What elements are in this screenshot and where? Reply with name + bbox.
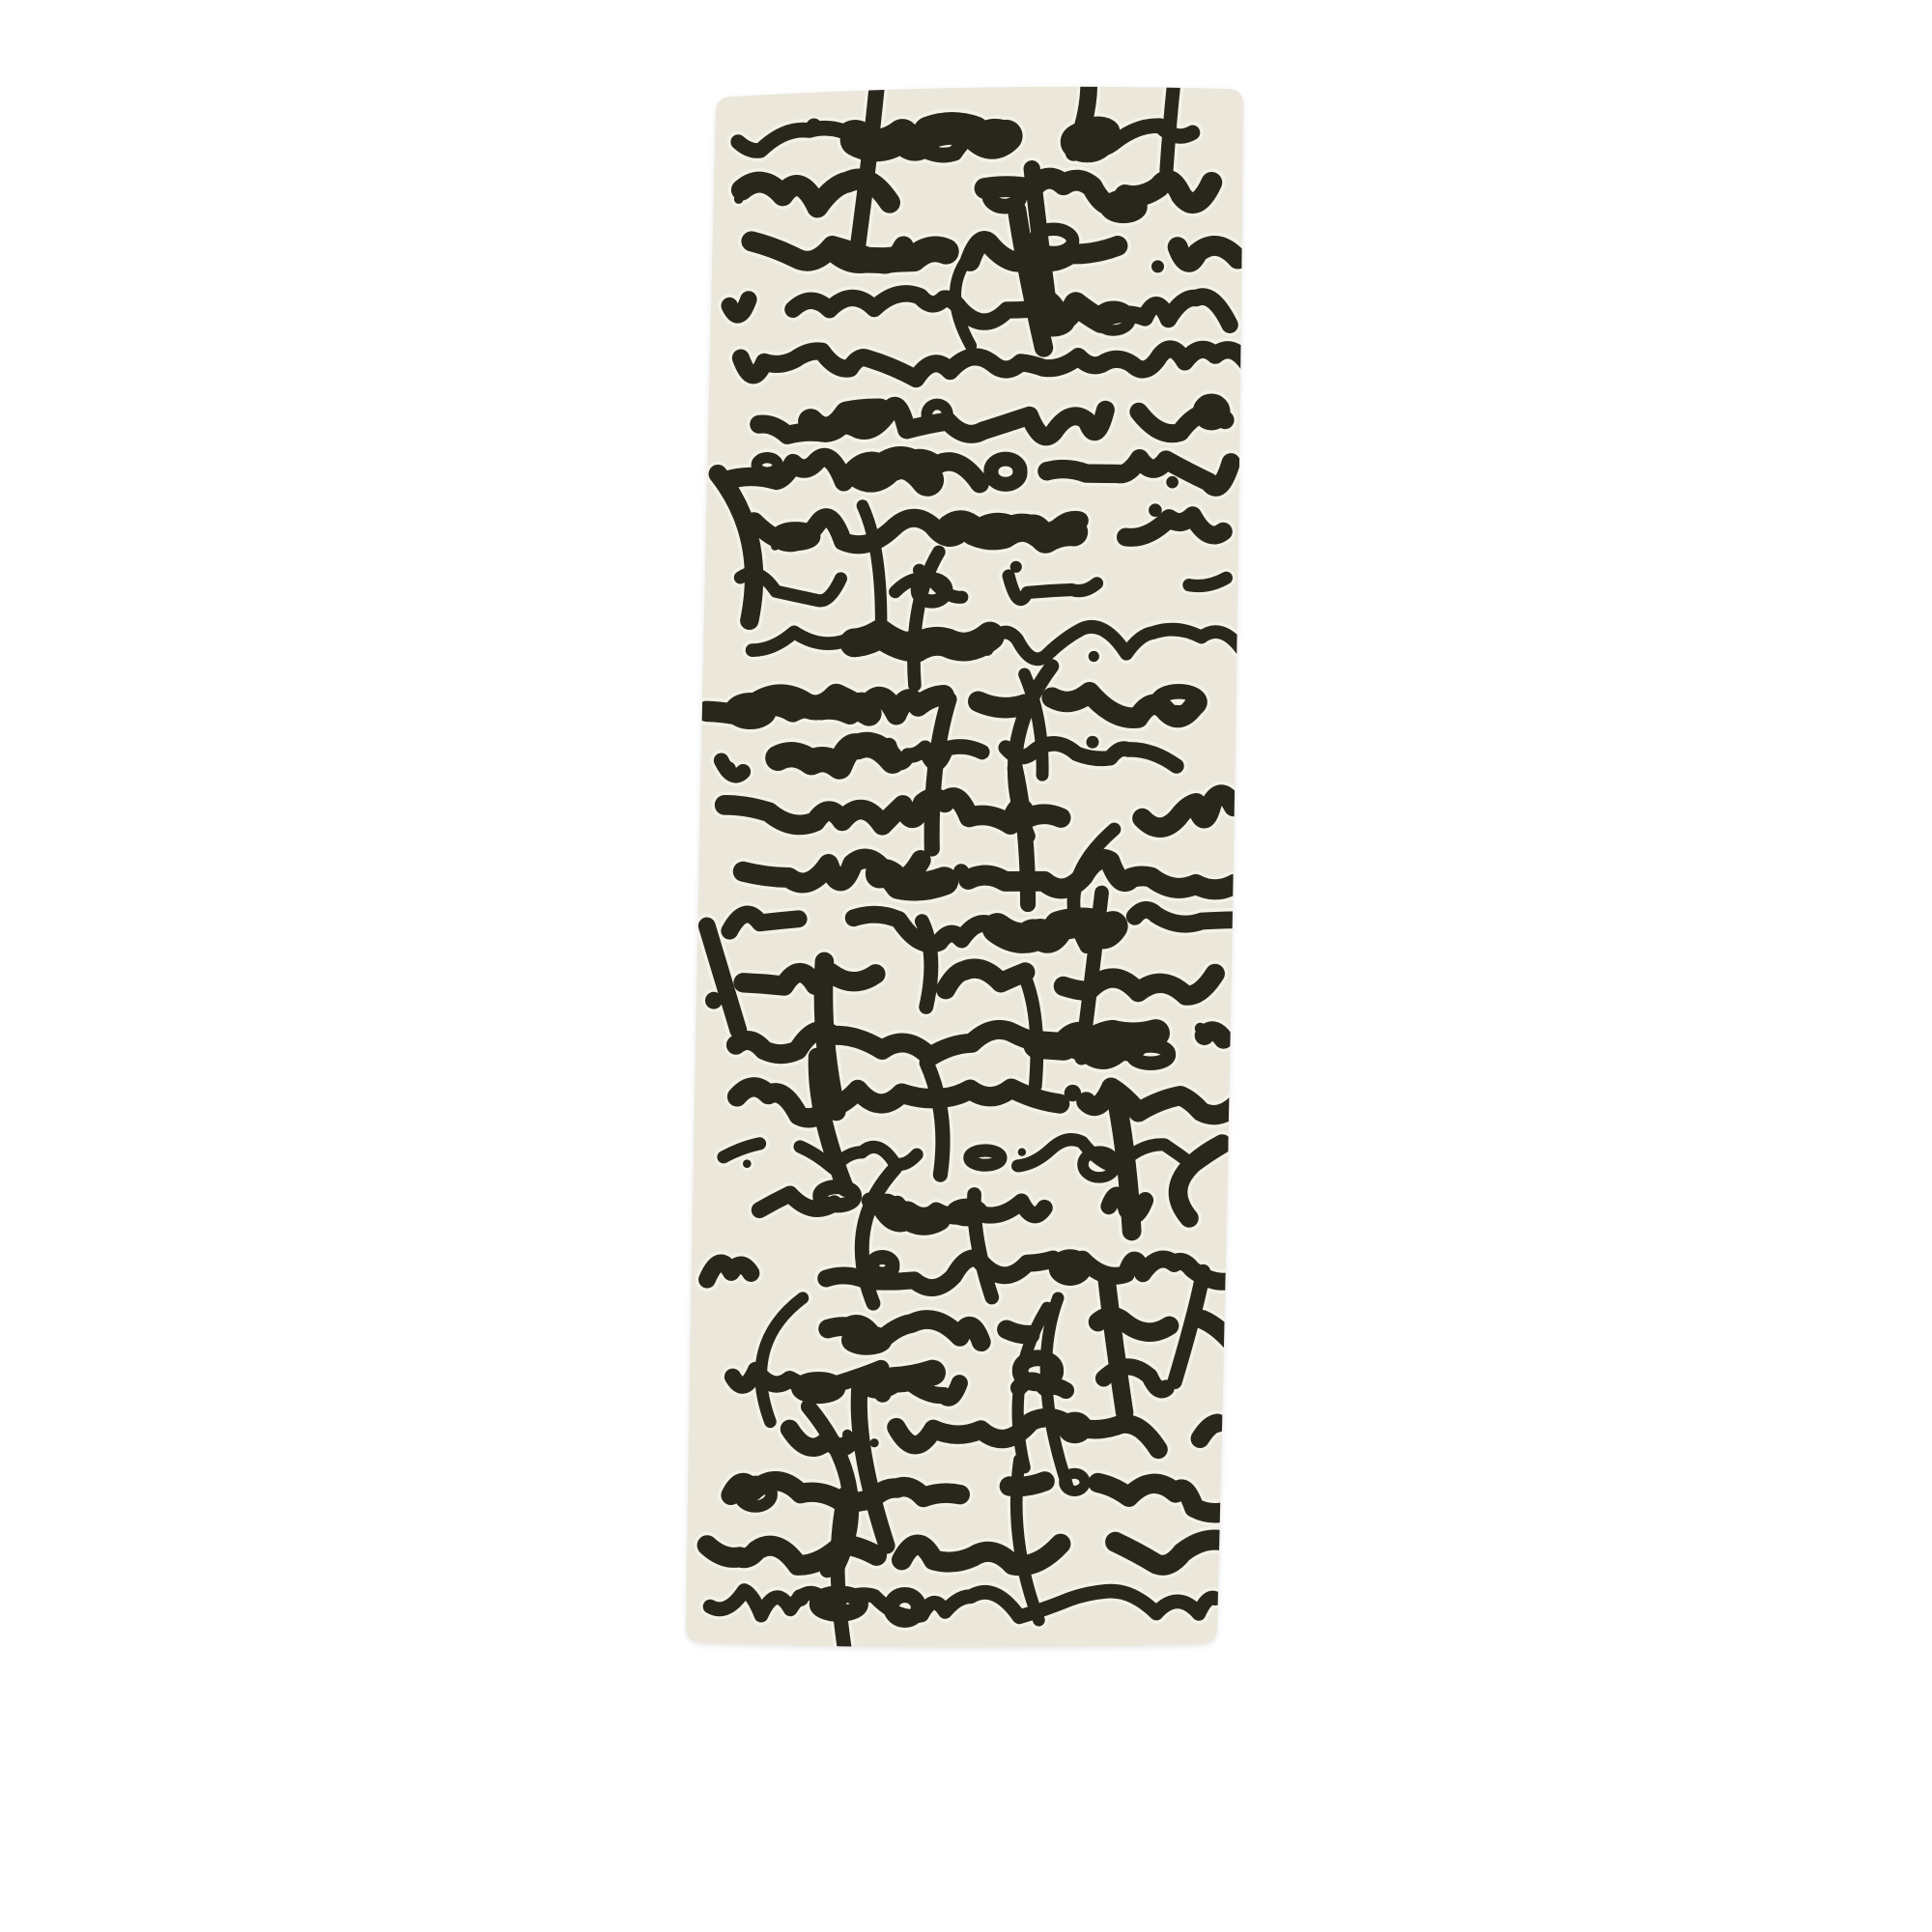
rug-svg: [0, 0, 1932, 1932]
rug-product-image: [0, 0, 1932, 1932]
product-photo-page: [0, 0, 1932, 1932]
